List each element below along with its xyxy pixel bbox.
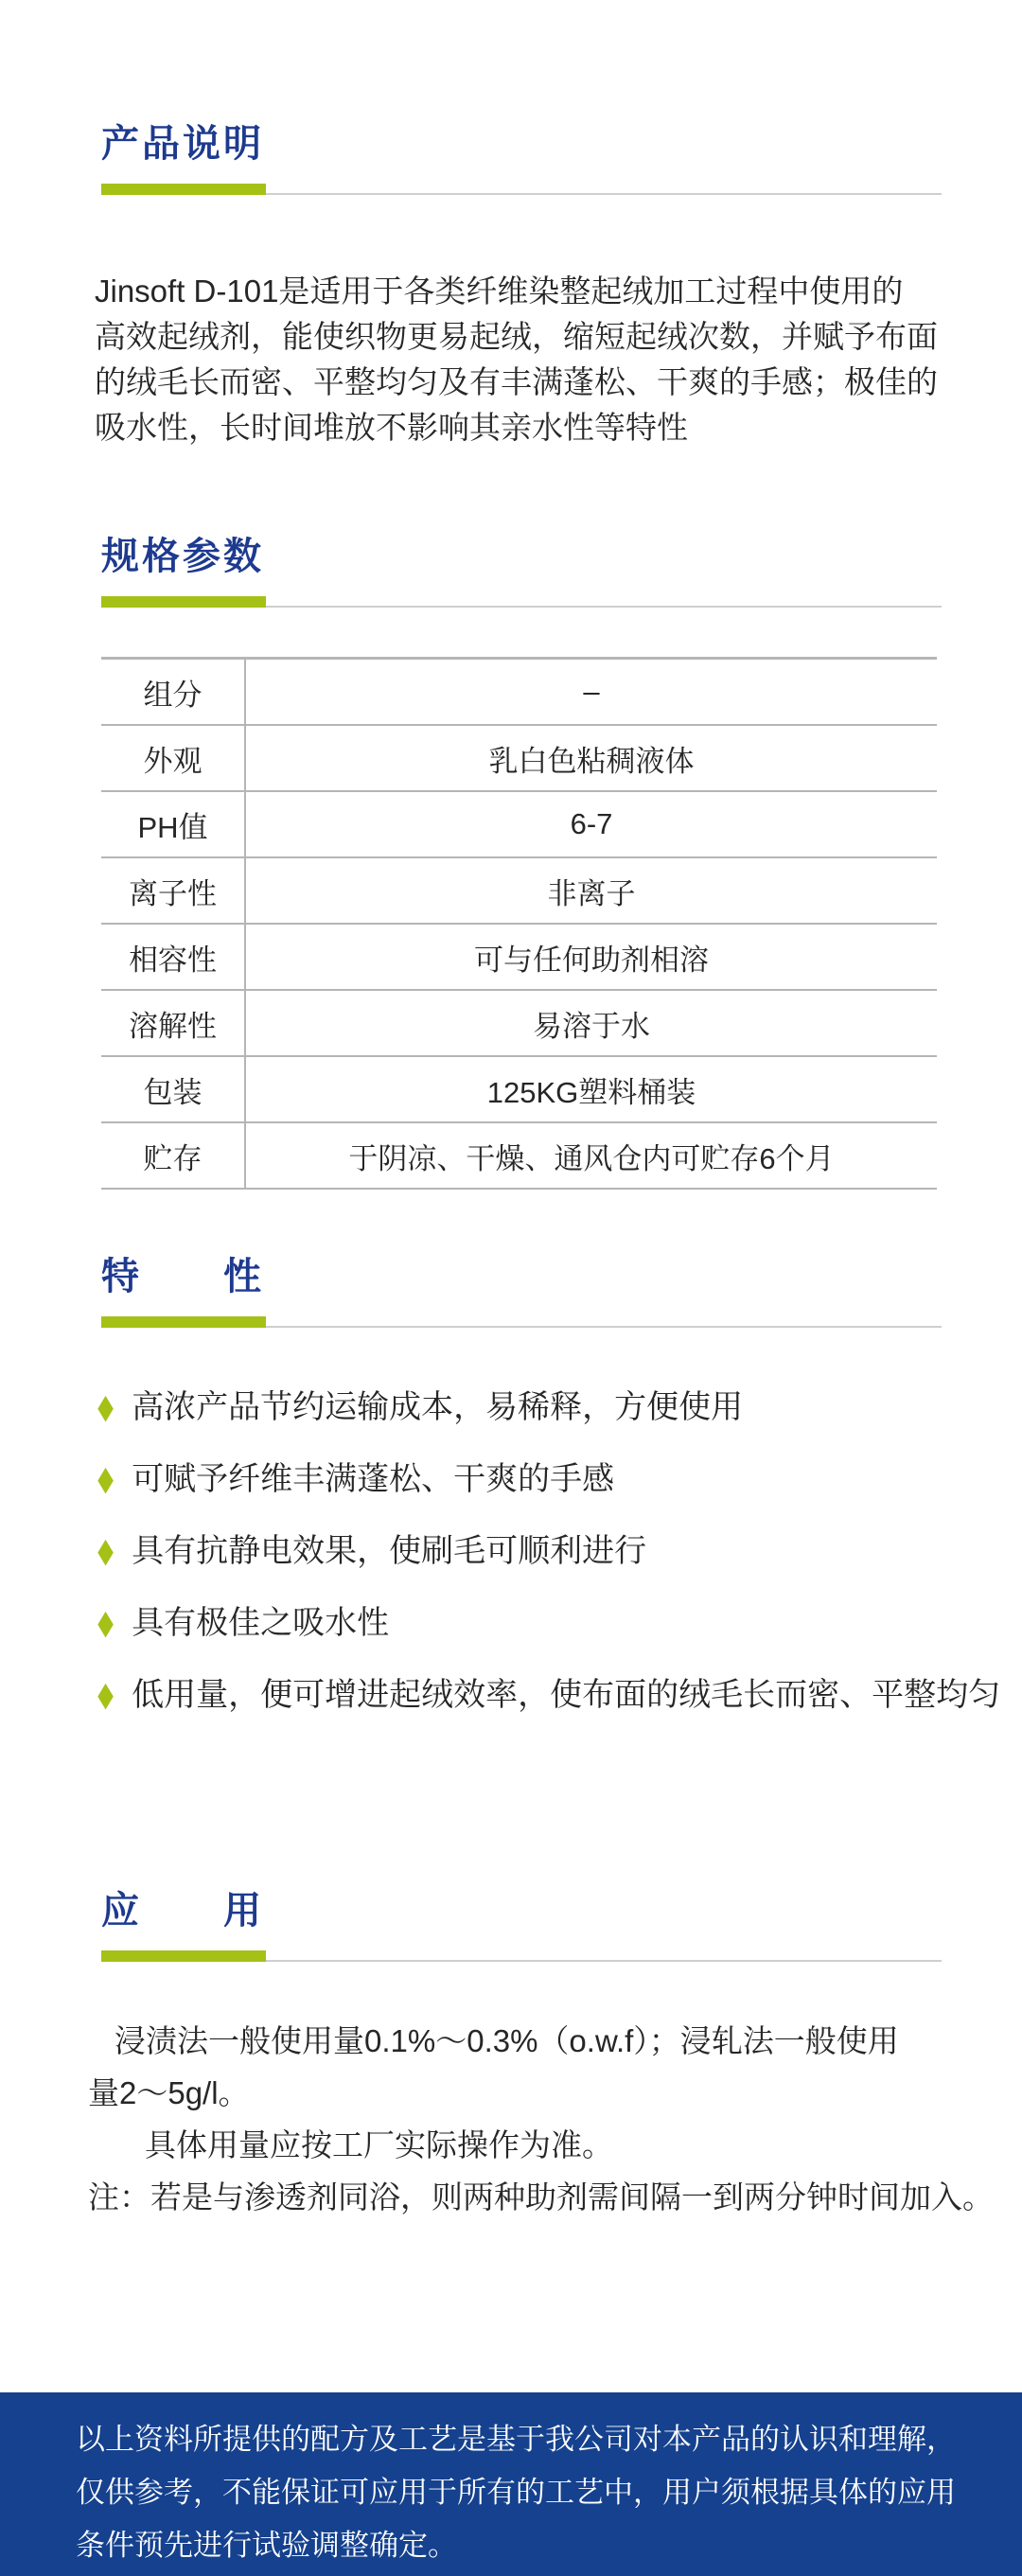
application-text-line: 量2～5g/l。 <box>88 2067 1022 2119</box>
description-line: 的绒毛长而密、平整均匀及有丰满蓬松、干爽的手感；极佳的 <box>95 360 1022 405</box>
table-row: PH值 6-7 <box>101 792 937 858</box>
row-label: 组分 <box>101 660 246 724</box>
list-item: ◆ 高浓产品节约运输成本，易稀释，方便使用 <box>95 1386 1022 1428</box>
section-underline <box>101 1316 942 1328</box>
row-value: 易溶于水 <box>246 991 937 1055</box>
list-item: ◆ 低用量，便可增进起绒效率，使布面的绒毛长而密、平整均匀 <box>95 1674 1022 1716</box>
row-label: 贮存 <box>101 1123 246 1188</box>
description-line: 高效起绒剂，能使织物更易起绒，缩短起绒次数，并赋予布面 <box>95 314 1022 360</box>
disclaimer-footer: 以上资料所提供的配方及工艺是基于我公司对本产品的认识和理解， 仅供参考，不能保证… <box>0 2392 1022 2576</box>
list-item: ◆ 具有极佳之吸水性 <box>95 1602 1022 1644</box>
list-item: ◆ 可赋予纤维丰满蓬松、干爽的手感 <box>95 1458 1022 1500</box>
application-text-line: 具体用量应按工厂实际操作为准。 <box>88 2119 1022 2171</box>
row-label: PH值 <box>101 792 246 856</box>
green-accent-bar <box>101 184 266 195</box>
application-text: 浸渍法一般使用量0.1%～0.3%（o.w.f）；浸轧法一般使用 量2～5g/l… <box>88 2015 1022 2223</box>
row-label: 离子性 <box>101 858 246 923</box>
green-accent-bar <box>101 1950 266 1962</box>
description-line: Jinsoft D-101是适用于各类纤维染整起绒加工过程中使用的 <box>95 269 1022 314</box>
section-title-product-description: 产品说明 <box>101 121 942 167</box>
diamond-icon: ◆ <box>97 1526 114 1577</box>
section-specifications: 规格参数 <box>101 534 942 608</box>
table-row: 包装 125KG塑料桶装 <box>101 1057 937 1123</box>
footer-text-line: 以上资料所提供的配方及工艺是基于我公司对本产品的认识和理解， <box>76 2413 1022 2466</box>
row-value: 于阴凉、干燥、通风仓内可贮存6个月 <box>246 1123 937 1188</box>
row-label: 相容性 <box>101 925 246 989</box>
row-label: 外观 <box>101 726 246 790</box>
diamond-icon: ◆ <box>97 1598 114 1649</box>
feature-text: 高浓产品节约运输成本，易稀释，方便使用 <box>132 1386 743 1428</box>
section-title-application: 应 用 <box>101 1888 942 1933</box>
feature-text: 具有抗静电效果，使刷毛可顺利进行 <box>132 1530 646 1572</box>
section-application: 应 用 <box>101 1888 942 1962</box>
row-value: 乳白色粘稠液体 <box>246 726 937 790</box>
section-title-features: 特 性 <box>101 1254 942 1299</box>
table-row: 溶解性 易溶于水 <box>101 991 937 1057</box>
table-row: 外观 乳白色粘稠液体 <box>101 726 937 792</box>
diamond-icon: ◆ <box>97 1670 114 1720</box>
section-underline <box>101 184 942 195</box>
table-row: 离子性 非离子 <box>101 858 937 925</box>
feature-text: 具有极佳之吸水性 <box>132 1602 389 1644</box>
feature-list: ◆ 高浓产品节约运输成本，易稀释，方便使用 ◆ 可赋予纤维丰满蓬松、干爽的手感 … <box>0 1386 1022 1746</box>
row-value: 可与任何助剂相溶 <box>246 925 937 989</box>
green-accent-bar <box>101 1316 266 1328</box>
specs-table: 组分 – 外观 乳白色粘稠液体 PH值 6-7 离子性 非离子 相容性 可与任何… <box>101 657 937 1190</box>
description-line: 吸水性，长时间堆放不影响其亲水性等特性 <box>95 405 1022 450</box>
application-text-line: 注：若是与渗透剂同浴，则两种助剂需间隔一到两分钟时间加入。 <box>88 2171 1022 2223</box>
row-value: 6-7 <box>246 792 937 856</box>
green-accent-bar <box>101 596 266 608</box>
diamond-icon: ◆ <box>97 1455 114 1505</box>
row-value: 非离子 <box>246 858 937 923</box>
section-features: 特 性 <box>101 1254 942 1328</box>
footer-text-line: 条件预先进行试验调整确定。 <box>76 2519 1022 2572</box>
product-description-paragraph: Jinsoft D-101是适用于各类纤维染整起绒加工过程中使用的 高效起绒剂，… <box>95 269 1022 450</box>
table-row: 贮存 于阴凉、干燥、通风仓内可贮存6个月 <box>101 1123 937 1190</box>
row-label: 包装 <box>101 1057 246 1121</box>
table-row: 相容性 可与任何助剂相溶 <box>101 925 937 991</box>
table-row: 组分 – <box>101 660 937 726</box>
footer-text-line: 仅供参考，不能保证可应用于所有的工艺中，用户须根据具体的应用 <box>76 2466 1022 2519</box>
row-value: – <box>246 660 937 724</box>
section-title-specifications: 规格参数 <box>101 534 942 579</box>
row-value: 125KG塑料桶装 <box>246 1057 937 1121</box>
list-item: ◆ 具有抗静电效果，使刷毛可顺利进行 <box>95 1530 1022 1572</box>
feature-text: 低用量，便可增进起绒效率，使布面的绒毛长而密、平整均匀 <box>132 1674 1000 1716</box>
section-product-description: 产品说明 <box>101 121 942 195</box>
product-detail-page: 产品说明 Jinsoft D-101是适用于各类纤维染整起绒加工过程中使用的 高… <box>0 0 1022 2576</box>
feature-text: 可赋予纤维丰满蓬松、干爽的手感 <box>132 1458 614 1500</box>
section-underline <box>101 596 942 608</box>
application-text-line: 浸渍法一般使用量0.1%～0.3%（o.w.f）；浸轧法一般使用 <box>88 2015 1022 2067</box>
row-label: 溶解性 <box>101 991 246 1055</box>
section-underline <box>101 1950 942 1962</box>
diamond-icon: ◆ <box>97 1383 114 1433</box>
